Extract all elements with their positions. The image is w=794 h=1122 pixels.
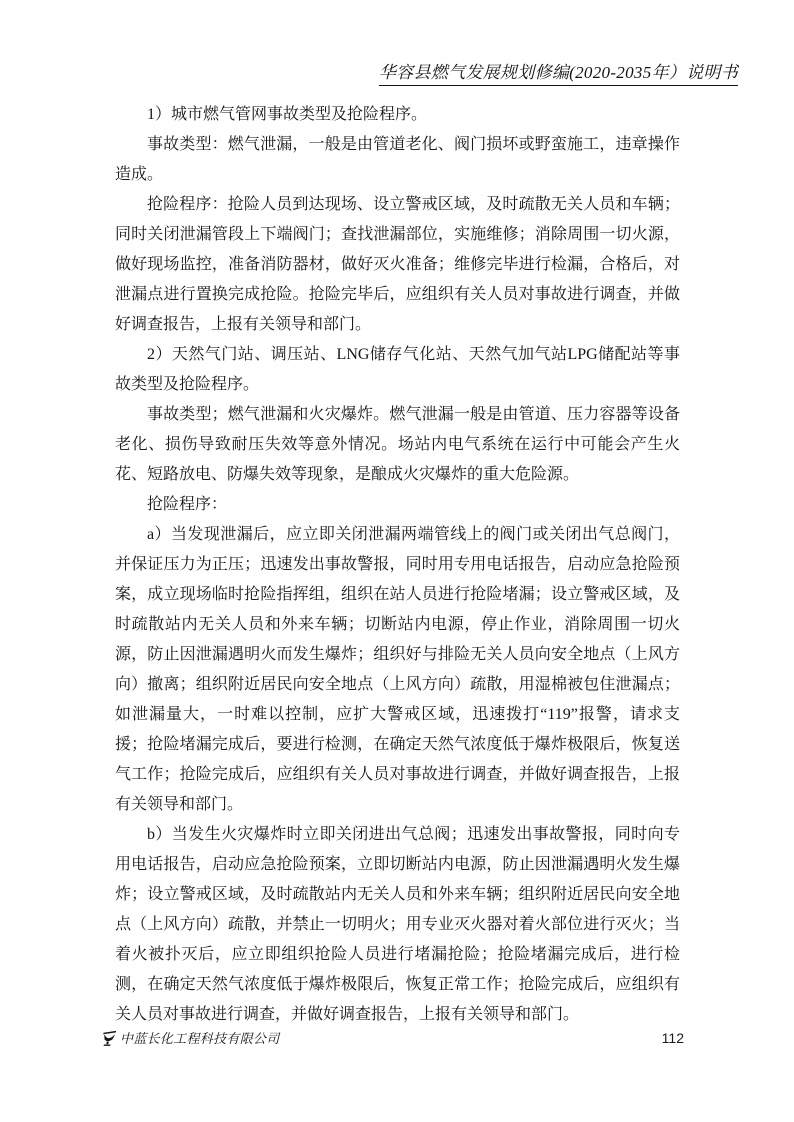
body-paragraph-procedure-a: a）当发现泄漏后，应立即关闭泄漏两端管线上的阀门或关闭出气总阀门，并保证压力为正… <box>115 520 680 820</box>
body-paragraph-rescue-procedure-1: 抢险程序：抢险人员到达现场、设立警戒区域，及时疏散无关人员和车辆；同时关闭泄漏管… <box>115 190 680 340</box>
company-logo-icon <box>100 1029 116 1047</box>
page-footer: 中蓝长化工程科技有限公司 112 <box>100 1028 684 1047</box>
page-number: 112 <box>662 1030 684 1046</box>
footer-company-name: 中蓝长化工程科技有限公司 <box>120 1028 280 1047</box>
body-paragraph-accident-type-2: 事故类型；燃气泄漏和火灾爆炸。燃气泄漏一般是由管道、压力容器等设备老化、损伤导致… <box>115 400 680 490</box>
document-body: 1）城市燃气管网事故类型及抢险程序。 事故类型：燃气泄漏，一般是由管道老化、阀门… <box>115 100 680 1030</box>
body-paragraph-section-1-heading: 1）城市燃气管网事故类型及抢险程序。 <box>115 100 680 130</box>
body-paragraph-accident-type-1: 事故类型：燃气泄漏，一般是由管道老化、阀门损坏或野蛮施工，违章操作造成。 <box>115 130 680 190</box>
footer-company-block: 中蓝长化工程科技有限公司 <box>100 1028 280 1047</box>
header-title: 华容县燃气发展规划修编(2020-2035年）说明书 <box>379 58 738 86</box>
page-header: 华容县燃气发展规划修编(2020-2035年）说明书 <box>379 58 738 86</box>
body-paragraph-procedure-b: b）当发生火灾爆炸时立即关闭进出气总阀；迅速发出事故警报，同时向专用电话报告，启… <box>115 820 680 1030</box>
body-paragraph-rescue-procedure-2-label: 抢险程序： <box>115 490 680 520</box>
document-page: 华容县燃气发展规划修编(2020-2035年）说明书 1）城市燃气管网事故类型及… <box>0 0 794 1122</box>
body-paragraph-section-2-heading: 2）天然气门站、调压站、LNG储存气化站、天然气加气站LPG储配站等事故类型及抢… <box>115 340 680 400</box>
